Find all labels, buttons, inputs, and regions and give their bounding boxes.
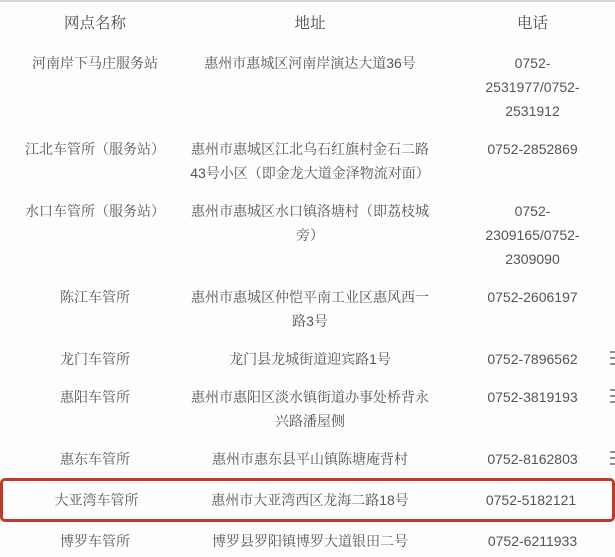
- column-header-phone: 电话: [430, 2, 615, 44]
- branch-name: 江北车管所（服务站）: [0, 130, 190, 192]
- branch-address: 惠州市大亚湾西区龙海二路18号: [190, 478, 430, 522]
- clipped-text-fragment: [610, 389, 615, 404]
- branch-phone: 0752- 2531977/0752- 2531912: [430, 44, 615, 130]
- branch-address: 惠州市惠城区河南岸演达大道36号: [190, 44, 430, 130]
- table-body: 河南岸下马庄服务站 惠州市惠城区河南岸演达大道36号 0752- 2531977…: [0, 44, 615, 557]
- branch-name: 陈江车管所: [0, 278, 190, 340]
- table-row: 惠东车管所 惠州市惠东县平山镇陈塘庵背村 0752-8162803: [0, 440, 615, 478]
- table-row: 陈江车管所 惠州市惠城区仲恺平南工业区惠风西一 路3号 0752-2606197: [0, 278, 615, 340]
- branch-phone: 0752- 2309165/0752- 2309090: [430, 192, 615, 278]
- branch-address: 惠州市惠东县平山镇陈塘庵背村: [190, 440, 430, 478]
- table-row: 江北车管所（服务站） 惠州市惠城区江北乌石红旗村金石二路 43号小区（即金龙大道…: [0, 130, 615, 192]
- branch-address: 博罗县罗阳镇博罗大道银田二号: [190, 522, 430, 557]
- clipped-text-fragment: [610, 451, 615, 466]
- table-header: 网点名称 地址 电话: [0, 2, 615, 44]
- branch-phone: 0752-7896562: [430, 340, 615, 378]
- branch-address: 惠州市惠城区江北乌石红旗村金石二路 43号小区（即金龙大道金泽物流对面）: [190, 130, 430, 192]
- branch-phone: 0752-5182121: [430, 478, 615, 522]
- header-row: 网点名称 地址 电话: [0, 2, 615, 44]
- column-header-name: 网点名称: [0, 2, 190, 44]
- table-row: 河南岸下马庄服务站 惠州市惠城区河南岸演达大道36号 0752- 2531977…: [0, 44, 615, 130]
- branch-name: 水口车管所（服务站）: [0, 192, 190, 278]
- branch-phone: 0752-2606197: [430, 278, 615, 340]
- branch-phone-text: 0752-3819193: [487, 389, 577, 405]
- table-row: 水口车管所（服务站） 惠州市惠城区水口镇洛塘村（即荔枝城 旁） 0752- 23…: [0, 192, 615, 278]
- branch-name: 惠阳车管所: [0, 378, 190, 440]
- branch-address: 惠州市惠城区水口镇洛塘村（即荔枝城 旁）: [190, 192, 430, 278]
- branch-name: 河南岸下马庄服务站: [0, 44, 190, 130]
- branch-phone-text: 0752-7896562: [487, 351, 577, 367]
- branch-address: 惠州市惠阳区淡水镇街道办事处桥背永 兴路潘屋侧: [190, 378, 430, 440]
- branch-phone: 0752-8162803: [430, 440, 615, 478]
- branch-phone: 0752-3819193: [430, 378, 615, 440]
- table-row: 龙门车管所 龙门县龙城街道迎宾路1号 0752-7896562: [0, 340, 615, 378]
- branch-address: 惠州市惠城区仲恺平南工业区惠风西一 路3号: [190, 278, 430, 340]
- branch-directory-page: 网点名称 地址 电话 河南岸下马庄服务站 惠州市惠城区河南岸演达大道36号 07…: [0, 0, 615, 557]
- clipped-text-fragment: [610, 351, 615, 366]
- column-header-address: 地址: [190, 2, 430, 44]
- branch-phone: 0752-6211933: [430, 522, 615, 557]
- highlighted-row: 大亚湾车管所 惠州市大亚湾西区龙海二路18号 0752-5182121: [0, 478, 615, 522]
- branch-name: 大亚湾车管所: [0, 478, 190, 522]
- branch-phone-text: 0752-8162803: [487, 451, 577, 467]
- branch-name: 惠东车管所: [0, 440, 190, 478]
- table-row: 惠阳车管所 惠州市惠阳区淡水镇街道办事处桥背永 兴路潘屋侧 0752-38191…: [0, 378, 615, 440]
- branch-name: 博罗车管所: [0, 522, 190, 557]
- branch-name: 龙门车管所: [0, 340, 190, 378]
- branch-address: 龙门县龙城街道迎宾路1号: [190, 340, 430, 378]
- branch-phone: 0752-2852869: [430, 130, 615, 192]
- table-row: 博罗车管所 博罗县罗阳镇博罗大道银田二号 0752-6211933: [0, 522, 615, 557]
- branch-table: 网点名称 地址 电话 河南岸下马庄服务站 惠州市惠城区河南岸演达大道36号 07…: [0, 2, 615, 557]
